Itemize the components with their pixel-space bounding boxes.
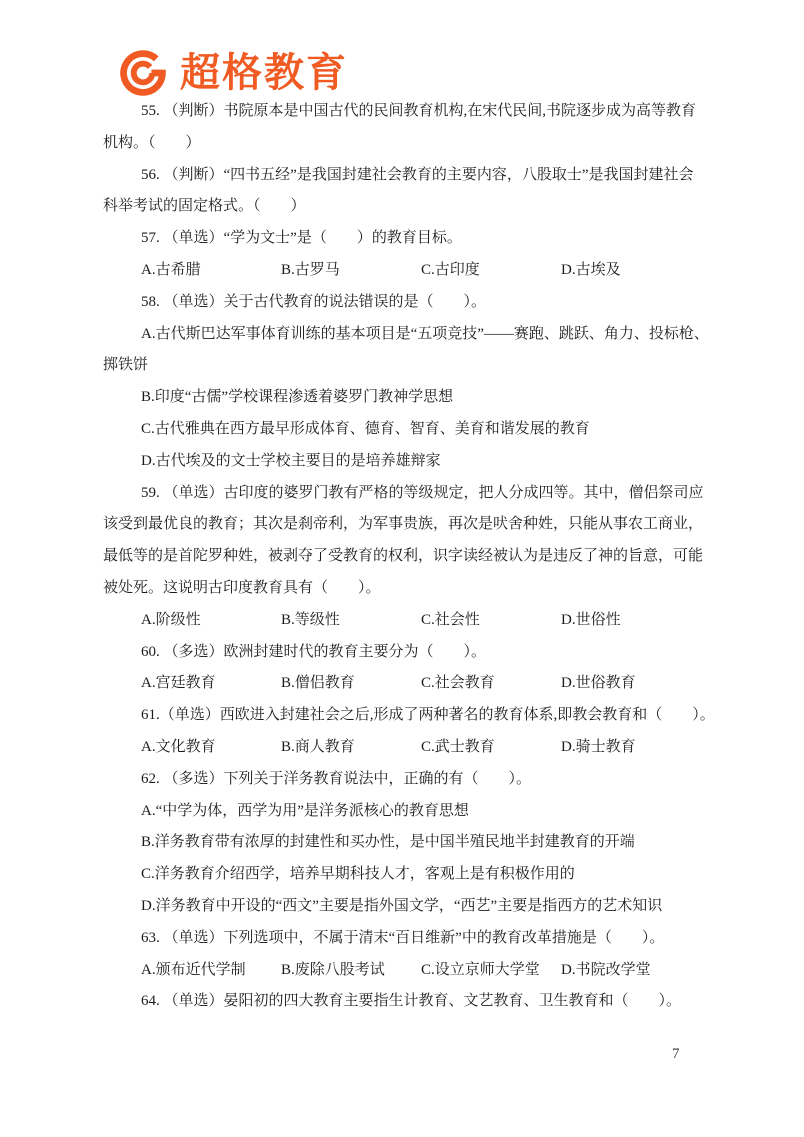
question-61-text: 61.（单选）西欧进入封建社会之后,形成了两种著名的教育体系,即教会教育和（ ）…	[103, 700, 701, 732]
option-60-C: C.社会教育	[421, 668, 561, 700]
question-59-text-cont-3: 被处死。这说明古印度教育具有（ ）。	[103, 573, 701, 605]
question-60-text: 60. （多选）欧洲封建时代的教育主要分为（ ）。	[103, 637, 701, 669]
option-60-B: B.僧侣教育	[281, 668, 421, 700]
option-59-C: C.社会性	[421, 605, 561, 637]
question-59-text: 59. （单选）古印度的婆罗门教有严格的等级规定，把人分成四等。其中，僧侣祭司应	[103, 478, 701, 510]
option-58-A-cont: 掷铁饼	[103, 350, 701, 382]
option-60-A: A.宫廷教育	[141, 668, 281, 700]
brand-name: 超格教育	[180, 46, 348, 100]
question-56-text: 56. （判断）“四书五经”是我国封建社会教育的主要内容，八股取士”是我国封建社…	[103, 160, 701, 192]
option-58-C: C.古代雅典在西方最早形成体育、德育、智育、美育和谐发展的教育	[103, 414, 701, 446]
option-61-B: B.商人教育	[281, 732, 421, 764]
option-63-D: D.书院改学堂	[561, 955, 701, 987]
chaoge-education-logo: 超格教育	[116, 46, 348, 100]
option-57-D: D.古埃及	[561, 255, 701, 287]
question-55-text: 55. （判断）书院原本是中国古代的民间教育机构,在宋代民间,书院逐步成为高等教…	[103, 96, 701, 128]
option-63-C: C.设立京师大学堂	[421, 955, 561, 987]
question-62-text: 62. （多选）下列关于洋务教育说法中，正确的有（ ）。	[103, 764, 701, 796]
option-62-C: C.洋务教育介绍西学，培养早期科技人才，客观上是有积极作用的	[103, 859, 701, 891]
question-56-text-cont: 科举考试的固定格式。（ ）	[103, 191, 701, 223]
option-57-C: C.古印度	[421, 255, 561, 287]
question-59-text-cont-2: 最低等的是首陀罗种姓，被剥夺了受教育的权利，识字读经被认为是违反了神的旨意，可能	[103, 541, 701, 573]
option-58-A: A.古代斯巴达军事体育训练的基本项目是“五项竞技”——赛跑、跳跃、角力、投标枪、	[103, 319, 701, 351]
option-63-A: A.颁布近代学制	[141, 955, 281, 987]
options-row-60: A.宫廷教育B.僧侣教育C.社会教育D.世俗教育	[103, 668, 701, 700]
question-58-text: 58. （单选）关于古代教育的说法错误的是（ ）。	[103, 287, 701, 319]
option-57-B: B.古罗马	[281, 255, 421, 287]
option-62-A: A.“中学为体，西学为用”是洋务派核心的教育思想	[103, 796, 701, 828]
options-row-59: A.阶级性B.等级性C.社会性D.世俗性	[103, 605, 701, 637]
option-58-D: D.古代埃及的文士学校主要目的是培养雄辩家	[103, 446, 701, 478]
option-63-B: B.废除八股考试	[281, 955, 421, 987]
question-57-text: 57. （单选）“学为文士”是（ ）的教育目标。	[103, 223, 701, 255]
page-number: 7	[672, 1046, 680, 1063]
option-61-A: A.文化教育	[141, 732, 281, 764]
question-55-text-cont: 机构。（ ）	[103, 128, 701, 160]
nested-g-ring-icon	[116, 46, 170, 100]
option-57-A: A.古希腊	[141, 255, 281, 287]
document-page: 超格教育 55. （判断）书院原本是中国古代的民间教育机构,在宋代民间,书院逐步…	[0, 0, 804, 1137]
exam-question-list: 55. （判断）书院原本是中国古代的民间教育机构,在宋代民间,书院逐步成为高等教…	[103, 96, 701, 1018]
options-row-57: A.古希腊B.古罗马C.古印度D.古埃及	[103, 255, 701, 287]
option-59-B: B.等级性	[281, 605, 421, 637]
option-60-D: D.世俗教育	[561, 668, 701, 700]
option-62-D: D.洋务教育中开设的“西文”主要是指外国文学，“西艺”主要是指西方的艺术知识	[103, 891, 701, 923]
option-62-B: B.洋务教育带有浓厚的封建性和买办性，是中国半殖民地半封建教育的开端	[103, 827, 701, 859]
question-64-text: 64. （单选）晏阳初的四大教育主要指生计教育、文艺教育、卫生教育和（ ）。	[103, 986, 701, 1018]
option-58-B: B.印度“古儒”学校课程渗透着婆罗门教神学思想	[103, 382, 701, 414]
options-row-63: A.颁布近代学制B.废除八股考试C.设立京师大学堂D.书院改学堂	[103, 955, 701, 987]
option-61-D: D.骑士教育	[561, 732, 701, 764]
option-61-C: C.武士教育	[421, 732, 561, 764]
options-row-61: A.文化教育B.商人教育C.武士教育D.骑士教育	[103, 732, 701, 764]
question-63-text: 63. （单选）下列选项中，不属于清末“百日维新”中的教育改革措施是（ ）。	[103, 923, 701, 955]
question-59-text-cont-1: 该受到最优良的教育；其次是刹帝利，为军事贵族，再次是吠舍种姓，只能从事农工商业，	[103, 509, 701, 541]
option-59-D: D.世俗性	[561, 605, 701, 637]
option-59-A: A.阶级性	[141, 605, 281, 637]
